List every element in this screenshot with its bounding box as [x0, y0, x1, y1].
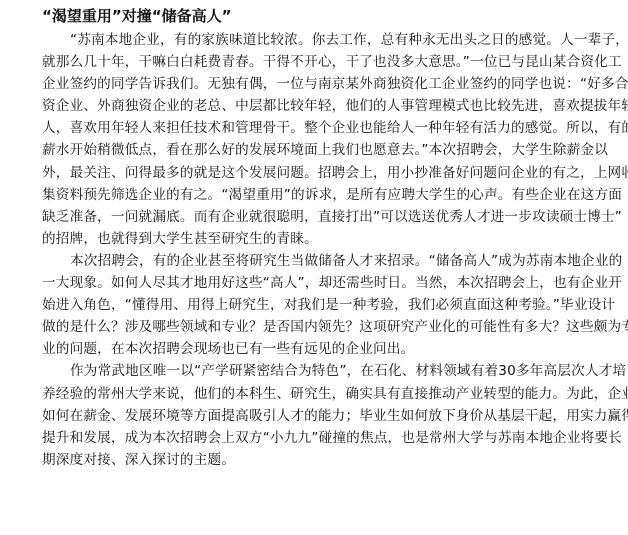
- text-line: 人，喜欢用年轻人来担任技术和管理骨干。整个企业也能给人一种年轻有活力的感觉。所以…: [14, 117, 618, 139]
- text-line: 的招牌，也就得到大学生甚至研究生的青睐。: [14, 228, 618, 250]
- text-line: 集资料预先筛选企业的有之。“渴望重用”的诉求，是所有应聘大学生的心声。有些企业在…: [14, 184, 618, 206]
- text-line: 一大现象。如何人尽其才地用好这些“高人”，却还需些时日。当然，本次招聘会上，也有…: [14, 272, 618, 294]
- text-line: 外，最关注、问得最多的就是这个发展问题。招聘会上，用小抄准备好问题问企业的有之，…: [14, 162, 618, 184]
- article: “渴望重用”对撞“储备高人” “苏南本地企业，有的家族味道比较浓。你去工作，总有…: [14, 4, 618, 471]
- text-line: 始进入角色，“懂得用、用得上研究生，对我们是一种考验，我们必须直面这种考验。”毕…: [14, 294, 618, 316]
- article-title: “渴望重用”对撞“储备高人”: [14, 4, 618, 28]
- paragraph-1: “苏南本地企业，有的家族味道比较浓。你去工作，总有种永无出头之日的感觉。人一辈子…: [14, 29, 618, 250]
- text-line: 薪水开始稍微低点，看在那么好的发展环境面上我们也愿意去。”本次招聘会，大学生除薪…: [14, 139, 618, 161]
- text-line: 资企业、外商独资企业的老总、中层都比较年轻，他们的人事管理模式也比较先进，喜欢提…: [14, 95, 618, 117]
- text-line: 企业签约的同学告诉我们。无独有偶，一位与南京某外商独资化工企业签约的同学也说：“…: [14, 73, 618, 95]
- text-line: 业的问题，在本次招聘会现场也已有一些有远见的企业问出。: [14, 338, 618, 360]
- paragraph-3: 作为常武地区唯一以“产学研紧密结合为特色”，在石化、材料领域有着30多年高层次人…: [14, 360, 618, 470]
- text-line: 本次招聘会，有的企业甚至将研究生当做储备人才来招录。“储备高人”成为苏南本地企业…: [14, 250, 618, 272]
- text-line: 如何在薪金、发展环境等方面提高吸引人才的能力；毕业生如何放下身价从基层干起，用实…: [14, 405, 618, 427]
- text-line: “苏南本地企业，有的家族味道比较浓。你去工作，总有种永无出头之日的感觉。人一辈子…: [14, 29, 618, 51]
- text-line: 作为常武地区唯一以“产学研紧密结合为特色”，在石化、材料领域有着30多年高层次人…: [14, 360, 618, 382]
- text-line: 就那么几十年，干嘛白白耗费青春。干得不开心，干了也没多大意思。”一位已与昆山某合…: [14, 51, 618, 73]
- text-line: 做的是什么？涉及哪些领域和专业？是否国内领先？这项研究产业化的可能性有多大？这些…: [14, 316, 618, 338]
- text-line: 养经验的常州大学来说，他们的本科生、研究生，确实具有直接推动产业转型的能力。为此…: [14, 383, 618, 405]
- text-line: 缺乏准备，一问就漏底。而有企业就很聪明，直接打出”可以选送优秀人才进一步攻读硕士…: [14, 206, 618, 228]
- paragraph-2: 本次招聘会，有的企业甚至将研究生当做储备人才来招录。“储备高人”成为苏南本地企业…: [14, 250, 618, 360]
- text-line: 期深度对接、深入探讨的主题。: [14, 449, 618, 471]
- text-line: 提升和发展，成为本次招聘会上双方“小九九”碰撞的焦点，也是常州大学与苏南本地企业…: [14, 427, 618, 449]
